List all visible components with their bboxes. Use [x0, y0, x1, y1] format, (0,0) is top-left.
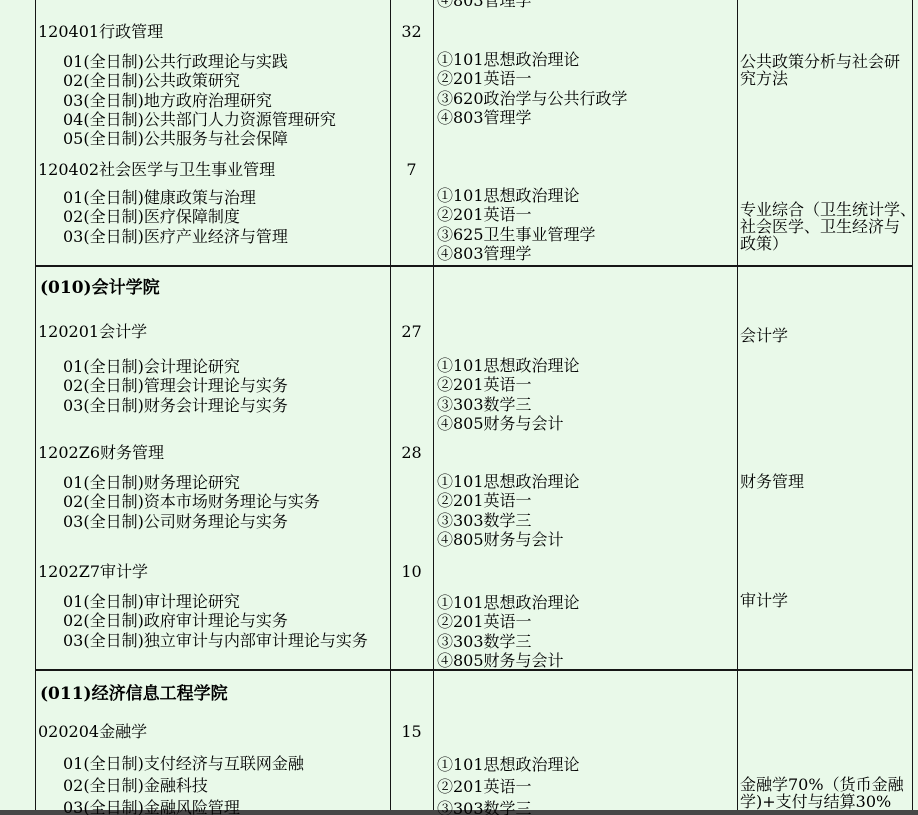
remark-line: 金融学70%（货币金融: [740, 776, 916, 793]
remark-line: 公共政策分析与社会研: [740, 53, 916, 70]
remark-line: 究方法: [740, 70, 916, 87]
direction-list: 01(全日制)审计理论研究 02(全日制)政府审计理论与实务 03(全日制)独立…: [63, 592, 368, 650]
exam-subject-line: ②201英语一: [437, 612, 580, 631]
remark-line: 政策）: [740, 235, 916, 252]
remark-line: 审计学: [740, 592, 916, 609]
direction-list: 01(全日制)公共行政理论与实践 02(全日制)公共政策研究 03(全日制)地方…: [63, 52, 336, 148]
major-quota: 27: [390, 322, 433, 341]
remark: 公共政策分析与社会研 究方法: [740, 53, 916, 87]
direction-line: 01(全日制)会计理论研究: [63, 357, 288, 376]
section-divider-1: [35, 265, 913, 267]
remark-line: 专业综合（卫生统计学、: [740, 201, 916, 218]
exam-subject-line: ②201英语一: [437, 69, 628, 88]
remark: 会计学: [740, 327, 916, 344]
exam-subject-line: ①101思想政治理论: [437, 50, 628, 69]
direction-line: 02(全日制)管理会计理论与实务: [63, 376, 288, 395]
direction-line: 02(全日制)医疗保障制度: [63, 207, 288, 226]
exam-subject-line: ①101思想政治理论: [437, 472, 580, 491]
direction-line: 01(全日制)支付经济与互联网金融: [63, 753, 304, 775]
direction-line: 01(全日制)审计理论研究: [63, 592, 368, 611]
exam-subject-list: ①101思想政治理论 ②201英语一 ③303数学三 ④805财务与会计: [437, 472, 580, 549]
remark-line: 社会医学、卫生经济与: [740, 218, 916, 235]
direction-line: 02(全日制)金融科技: [63, 775, 304, 797]
direction-line: 03(全日制)独立审计与内部审计理论与实务: [63, 631, 368, 650]
remark-line: 财务管理: [740, 473, 916, 490]
exam-subject-line: ③620政治学与公共行政学: [437, 89, 628, 108]
remark: 专业综合（卫生统计学、 社会医学、卫生经济与 政策）: [740, 201, 916, 252]
exam-subject-line: ④805财务与会计: [437, 651, 580, 670]
major-quota: 32: [390, 22, 433, 41]
column-divider-notes: [737, 0, 738, 810]
major-name: 120402社会医学与卫生事业管理: [38, 160, 275, 179]
major-quota: 28: [390, 443, 433, 462]
exam-subject-line: ③303数学三: [437, 511, 580, 530]
exam-subject-list: ①101思想政治理论 ②201英语一 ③303数学三 ④805财务与会计: [437, 356, 580, 433]
major-quota: 7: [390, 160, 433, 179]
direction-list: 01(全日制)支付经济与互联网金融 02(全日制)金融科技 03(全日制)金融风…: [63, 753, 304, 815]
exam-subject-line: ④805财务与会计: [437, 530, 580, 549]
exam-subject-line: ②201英语一: [437, 491, 580, 510]
clipped-exam-line: ④803管理学: [437, 0, 532, 10]
exam-subject-line: ③303数学三: [437, 798, 580, 815]
direction-line: 02(全日制)公共政策研究: [63, 71, 336, 90]
major-name: 1202Z7审计学: [38, 562, 148, 581]
major-name: 1202Z6财务管理: [38, 443, 164, 462]
college-title: (010)会计学院: [40, 278, 160, 298]
exam-subject-line: ①101思想政治理论: [437, 754, 580, 776]
direction-list: 01(全日制)财务理论研究 02(全日制)资本市场财务理论与实务 03(全日制)…: [63, 473, 320, 531]
exam-subject-line: ①101思想政治理论: [437, 356, 580, 375]
direction-line: 03(全日制)公司财务理论与实务: [63, 512, 320, 531]
admissions-catalog-table: ④803管理学 120401行政管理 32 01(全日制)公共行政理论与实践 0…: [0, 0, 918, 815]
exam-subject-list: ①101思想政治理论 ②201英语一 ③303数学三 ④805财务与会计: [437, 593, 580, 670]
direction-list: 01(全日制)会计理论研究 02(全日制)管理会计理论与实务 03(全日制)财务…: [63, 357, 288, 415]
direction-list: 01(全日制)健康政策与治理 02(全日制)医疗保障制度 03(全日制)医疗产业…: [63, 188, 288, 246]
direction-line: 02(全日制)政府审计理论与实务: [63, 611, 368, 630]
direction-line: 03(全日制)金融风险管理: [63, 797, 304, 815]
table-border-right: [912, 0, 913, 810]
major-quota: 10: [390, 562, 433, 581]
direction-line: 01(全日制)公共行政理论与实践: [63, 52, 336, 71]
direction-line: 01(全日制)财务理论研究: [63, 473, 320, 492]
exam-subject-list: ①101思想政治理论 ②201英语一 ③625卫生事业管理学 ④803管理学: [437, 186, 596, 263]
remark-line: 会计学: [740, 327, 916, 344]
direction-line: 03(全日制)地方政府治理研究: [63, 91, 336, 110]
exam-subject-line: ④803管理学: [437, 244, 596, 263]
exam-subject-line: ②201英语一: [437, 375, 580, 394]
exam-subject-line: ④805财务与会计: [437, 414, 580, 433]
major-name: 120201会计学: [38, 322, 147, 341]
column-divider-quota-left: [390, 0, 391, 810]
exam-subject-line: ①101思想政治理论: [437, 186, 596, 205]
major-quota: 15: [390, 722, 433, 741]
remark: 审计学: [740, 592, 916, 609]
exam-subject-line: ③303数学三: [437, 395, 580, 414]
major-name: 120401行政管理: [38, 22, 163, 41]
direction-line: 04(全日制)公共部门人力资源管理研究: [63, 110, 336, 129]
exam-subject-list: ①101思想政治理论 ②201英语一 ③620政治学与公共行政学 ④803管理学: [437, 50, 628, 127]
exam-subject-line: ③303数学三: [437, 632, 580, 651]
exam-subject-line: ②201英语一: [437, 205, 596, 224]
major-name: 020204金融学: [38, 722, 147, 741]
exam-subject-line: ①101思想政治理论: [437, 593, 580, 612]
remark: 财务管理: [740, 473, 916, 490]
college-title: (011)经济信息工程学院: [40, 684, 228, 704]
direction-line: 05(全日制)公共服务与社会保障: [63, 129, 336, 148]
exam-subject-list: ①101思想政治理论 ②201英语一 ③303数学三: [437, 754, 580, 815]
column-divider-quota-right: [433, 0, 434, 810]
exam-subject-line: ②201英语一: [437, 776, 580, 798]
exam-subject-line: ④803管理学: [437, 108, 628, 127]
direction-line: 03(全日制)财务会计理论与实务: [63, 396, 288, 415]
direction-line: 01(全日制)健康政策与治理: [63, 188, 288, 207]
remark-line: 学)+支付与结算30%: [740, 793, 916, 810]
remark: 金融学70%（货币金融 学)+支付与结算30%: [740, 776, 916, 810]
direction-line: 03(全日制)医疗产业经济与管理: [63, 227, 288, 246]
exam-subject-line: ③625卫生事业管理学: [437, 225, 596, 244]
direction-line: 02(全日制)资本市场财务理论与实务: [63, 492, 320, 511]
table-border-left: [35, 0, 36, 810]
